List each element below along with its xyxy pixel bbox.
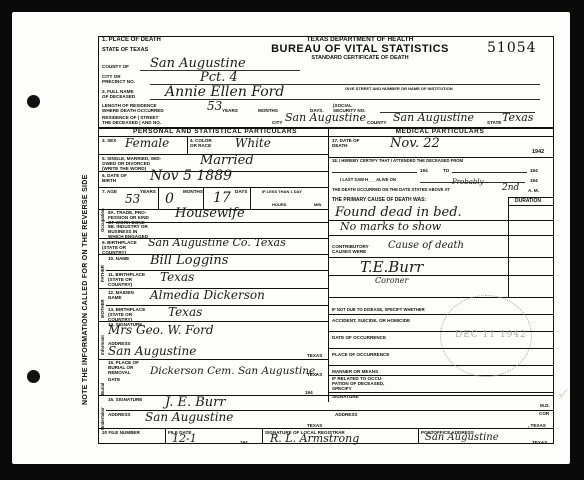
industry-label: 8B. INDUSTRY OR BUSINESS IN WHICH ENGAGE… (108, 224, 148, 239)
age-years: 53 (125, 192, 140, 206)
cell-divider (158, 187, 159, 209)
row-line (98, 187, 328, 188)
less-than-day-label: IF LESS THAN 1 DAY (262, 189, 302, 194)
certify-label: 18. I HEREBY CERTIFY THAT I ATTENDED THE… (332, 158, 463, 163)
mother-name: Almedia Dickerson (150, 288, 265, 302)
date-of-death: Nov. 22 (390, 136, 440, 151)
date-of-death-label: 17. DATE OF DEATH (332, 138, 359, 148)
full-name-label: 2. FULL NAME OF DECEASED (102, 89, 135, 99)
street-hint: GIVE STREET AND NUMBER OR NAME OF INSTIT… (345, 86, 453, 91)
undertaker-address-label: ADDRESS (108, 412, 130, 417)
postoffice-value: San Augustine (425, 432, 499, 443)
place-of-death-label: 1. PLACE OF DEATH (102, 38, 161, 43)
personal-section-title: PERSONAL AND STATISTICAL PARTICULARS (110, 128, 320, 135)
residence-state: Texas (502, 111, 533, 124)
row-line (106, 222, 328, 223)
row-line (328, 365, 554, 366)
file-date: 12-1 (172, 432, 197, 445)
file-number-label: 20 FILE NUMBER (102, 430, 140, 435)
sex-value: Female (125, 136, 169, 150)
occurred-ampm: A. M. (528, 188, 539, 193)
father-side-label: FATHER (100, 265, 105, 282)
residence-city-label: CITY (272, 120, 282, 125)
county-label: COUNTY OF (102, 64, 129, 69)
occupation-side-label: Occupation (100, 208, 105, 232)
column-divider (328, 127, 329, 402)
mother-birthplace-label: 13. BIRTHPLACE (STATE OR COUNTRY) (108, 307, 145, 322)
cert-subtitle: STANDARD CERTIFICATE OF DEATH (260, 55, 460, 61)
contributory-value: Cause of death (388, 240, 464, 251)
mother-side-label: MOTHER (100, 299, 105, 318)
burial-texas-label: TEXAS (307, 372, 322, 377)
row-line (328, 275, 554, 276)
burial-date-label: DATE (108, 377, 120, 382)
postoffice-texas-label: TEXAS (532, 440, 547, 445)
color-label: 4. COLOR OR RACE (190, 138, 212, 148)
row-line (106, 305, 328, 306)
marital-value: Married (200, 153, 254, 168)
burial-side-label: Burial (100, 383, 105, 395)
dob-label: 6. DATE OF BIRTH (102, 173, 127, 183)
residence-county: San Augustine (393, 111, 474, 124)
mother-name-label: 12. MAIDEN NAME (108, 290, 134, 300)
duration-label: DURATION (515, 199, 541, 204)
burial-place: Dickerson Cem. San Augustine, (150, 365, 319, 377)
file-year: 194 (240, 440, 248, 445)
residence-label: RESIDENCE OF | STREET THE DECEASED | AND… (102, 115, 161, 125)
informant-signature: Mrs Geo. W. Ford (108, 323, 214, 337)
cell-divider (250, 187, 251, 209)
birthplace-value: San Augustine Co. Texas (148, 236, 286, 249)
occurred-note: Probably (452, 178, 484, 186)
row-line (328, 392, 554, 393)
registrar-signature: R. L. Armstrong (270, 432, 359, 445)
age-months-label: MONTHS (183, 189, 203, 194)
father-name-label: 10. NAME (108, 256, 129, 261)
attended-to-year: 194 (530, 168, 538, 173)
informant-address: San Augustine (108, 344, 196, 358)
filing-divider (98, 428, 554, 429)
death-year: 1942 (532, 150, 544, 155)
father-birthplace: Texas (160, 270, 194, 284)
undertaker-side-label: Undertaker (100, 407, 105, 430)
row-line (508, 205, 554, 206)
cell-divider (187, 136, 188, 154)
occurred-time: 2nd (502, 183, 519, 193)
sex-label: 3. SEX (102, 138, 116, 143)
city-precinct-label: CITY OR PRECINCT NO. (102, 74, 135, 84)
side-note: NOTE THE INFORMATION CALLED FOR ON THE R… (82, 105, 89, 405)
mother-birthplace: Texas (168, 305, 202, 319)
min-label: MIN (314, 202, 321, 207)
manner-label: MANNER OR MEANS (332, 369, 378, 374)
physician-signature: T.E.Burr (360, 258, 423, 276)
occurrence-date-label: DATE OF OCCURRENCE (332, 335, 386, 340)
contributory-label: CONTRIBUTORY CAUSES WERE (332, 244, 369, 254)
trade-value: Housewife (175, 206, 245, 221)
residence-years: 53 (207, 99, 222, 113)
occurred-label: THE DEATH OCCURRED ON THE DATE STATED AB… (332, 187, 450, 192)
age-label: 7. AGE (102, 189, 117, 194)
last-saw-year: 194 (530, 178, 538, 183)
attended-from-line (332, 172, 417, 173)
not-disease-label: IF NOT DUE TO DISEASE, SPECIFY WHETHER (332, 307, 425, 312)
informant-side-label: Informant (100, 335, 105, 355)
physician-signature-label: SIGNATURE (332, 394, 359, 399)
medical-section-title: MEDICAL PARTICULARS (330, 128, 550, 135)
row-line (328, 235, 554, 236)
residence-city: San Augustine (285, 111, 366, 124)
burial-place-label: 15. PLACE OF BURIAL OR REMOVAL (108, 360, 139, 375)
age-months: 0 (165, 191, 174, 207)
received-stamp-date: DEC 11 1942 (455, 330, 527, 340)
cause-line-2: No marks to show (340, 220, 441, 233)
cell-divider (165, 428, 166, 444)
checkmark-icon: ✓ (557, 384, 570, 404)
attended-from-year: 194 (420, 168, 428, 173)
residence-county-label: COUNTY (367, 120, 386, 125)
signature-title: Coroner (375, 276, 408, 285)
residence-length-label: LENGTH OF RESIDENCE WHERE DEATH OCCURRED (102, 103, 164, 113)
occurrence-place-label: PLACE OF OCCURRENCE (332, 352, 389, 357)
related-occupation-label: IF RELATED TO OCCU- PATION OF DECEASED, … (332, 376, 384, 391)
informant-texas-label: TEXAS (307, 353, 322, 358)
row-line (106, 270, 328, 271)
birthplace-label: 9. BIRTHPLACE (STATE OR COUNTRY) (102, 240, 137, 255)
color-value: White (235, 136, 271, 150)
state-label: STATE OF TEXAS (102, 48, 148, 53)
attended-to-line (452, 172, 527, 173)
precinct-value: Pct. 4 (200, 70, 238, 85)
deceased-name: Annie Ellen Ford (165, 84, 284, 100)
father-birthplace-label: 11. BIRTHPLACE (STATE OR COUNTRY) (108, 272, 145, 287)
age-years-label: YEARS (140, 189, 156, 194)
punch-hole-top (27, 95, 40, 108)
father-name: Bill Loggins (150, 253, 228, 268)
cause-line-1: Found dead in bed. (335, 205, 462, 220)
undertaker-address: San Augustine (145, 410, 233, 424)
row-line (328, 297, 554, 298)
last-saw-label: I LAST SAW H___ ALIVE ON (340, 177, 396, 182)
undertaker-signature-label: 16. SIGNATURE (108, 397, 142, 402)
certificate-number: 51054 (487, 40, 537, 56)
residence-state-label: STATE (487, 120, 501, 125)
hours-label: HOURS (272, 202, 286, 207)
punch-hole-bottom (27, 370, 40, 383)
cell-divider (262, 428, 263, 444)
cell-divider (418, 428, 419, 444)
primary-cause-label: THE PRIMARY CAUSE OF DEATH WAS: (332, 198, 426, 203)
county-value: San Augustine (150, 56, 246, 71)
physician-address-label: ADDRESS (335, 412, 357, 417)
to-label: TO (443, 168, 449, 173)
years-label: YEARS (222, 108, 238, 113)
undertaker-signature: J. E. Burr (165, 395, 226, 410)
dob-value: Nov 5 1889 (150, 168, 232, 184)
accident-label: ACCIDENT, SUICIDE, OR HOMICIDE (332, 318, 410, 323)
dept-title: TEXAS DEPARTMENT OF HEALTH (260, 36, 460, 43)
duration-column-divider (508, 197, 509, 297)
months-label: MONTHS (258, 108, 278, 113)
bureau-title: BUREAU OF VITAL STATISTICS (245, 43, 475, 55)
age-days: 17 (213, 190, 231, 206)
age-days-label: DAYS (235, 189, 247, 194)
cor-label: COR (539, 411, 549, 416)
md-label: M.D. (540, 403, 550, 408)
